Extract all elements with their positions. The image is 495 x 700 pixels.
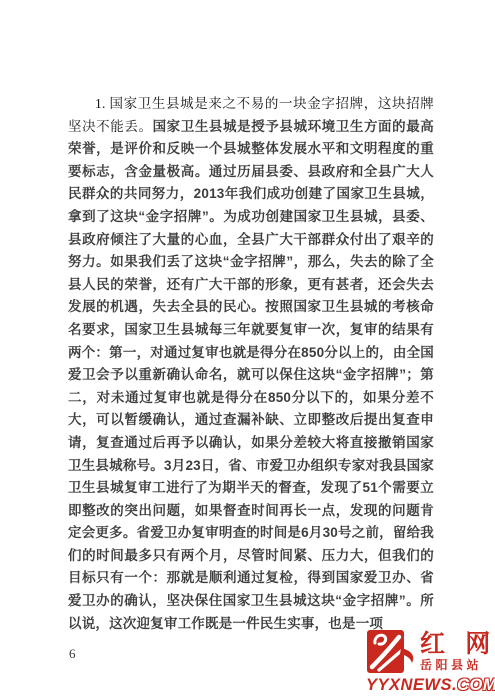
watermark-names: 红 网 岳阳县站 (420, 629, 495, 673)
rednet-logo-icon (366, 629, 418, 676)
page-number: 6 (69, 646, 76, 662)
site-url-suffix: COM (457, 676, 495, 694)
station-name: 岳阳县站 (420, 658, 495, 673)
paragraph-body-text: 国家卫生县城是授予县城环境卫生方面的最高荣誉，是评价和反映一个县城整体发展水平和… (68, 119, 434, 631)
site-url-prefix: YYXNEWS. (366, 676, 457, 694)
watermark-top-row: 红 网 岳阳县站 (366, 629, 494, 676)
site-name: 红 网 (420, 631, 495, 658)
paragraph: 1. 国家卫生县城是来之不易的一块金字招牌，这块招牌坚决不能丢。国家卫生县城是授… (68, 93, 434, 635)
document-page: 1. 国家卫生县城是来之不易的一块金字招牌，这块招牌坚决不能丢。国家卫生县城是授… (0, 0, 495, 700)
site-watermark: 红 网 岳阳县站 YYXNEWS.COM (366, 629, 494, 695)
site-url: YYXNEWS.COM (366, 676, 494, 695)
